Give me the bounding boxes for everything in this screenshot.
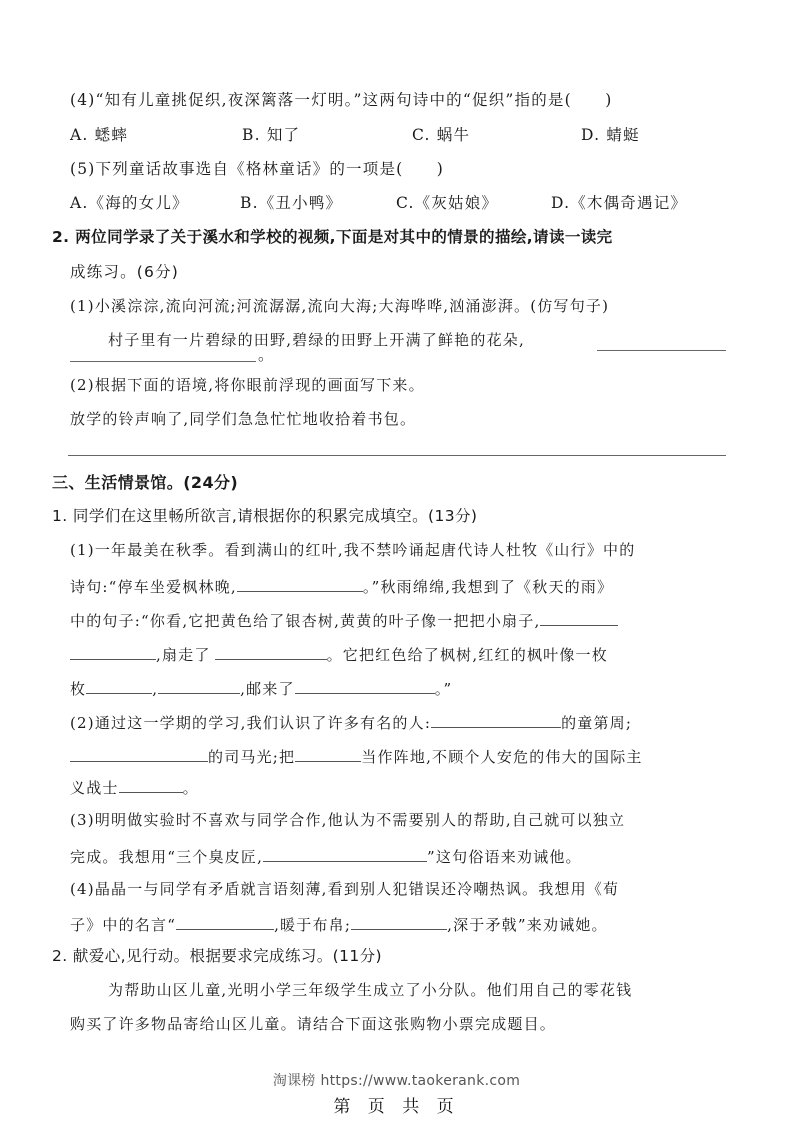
s3-q1-p1-line4: ,扇走了。它把红色给了枫树,红红的枫叶像一枚 xyxy=(70,643,608,665)
q2-sub2-stem: (2)根据下面的语境,将你眼前浮现的画面写下来。 xyxy=(70,375,425,395)
q2-sub2-answer-line[interactable] xyxy=(68,455,726,456)
section-3-heading: 三、生活情景馆。(24分) xyxy=(52,473,238,493)
blank-suyu[interactable] xyxy=(263,845,427,862)
s3-q1-p2-line3-text-a: 义战士 xyxy=(70,779,119,797)
s3-q1-p2-line2: 的司马光;把当作阵地,不顾个人安危的伟大的国际主 xyxy=(70,745,643,767)
s3-q1-title: 1. 同学们在这里畅所欲言,请根据你的积累完成填空。(13分) xyxy=(52,506,477,526)
s3-q1-p2-line1-text-b: 的童第周; xyxy=(561,714,632,732)
s3-q2-para-line1: 为帮助山区儿童,光明小学三年级学生成立了小分队。他们用自己的零花钱 xyxy=(108,980,632,1000)
blank-zhendi[interactable] xyxy=(295,745,361,762)
q4-option-c: C. 蜗牛 xyxy=(412,125,470,145)
s3-q1-p1-line4-text-b: 。它把红色给了枫树,红红的枫叶像一枚 xyxy=(327,646,608,664)
s3-q1-p1-line5-text-d: 。” xyxy=(435,680,453,698)
s3-q1-p2-line1-text-a: (2)通过这一学期的学习,我们认识了许多有名的人: xyxy=(70,714,431,732)
s3-q1-p3-line2: 完成。我想用“三个臭皮匠,”这句俗语来劝诫他。 xyxy=(70,845,582,867)
blank-simaguang[interactable] xyxy=(70,745,208,762)
q2-sub1-stem: (1)小溪淙淙,流向河流;河流潺潺,流向大海;大海哗哗,汹涌澎湃。(仿写句子) xyxy=(70,296,609,316)
s3-q1-p2-line2-text-b: 当作阵地,不顾个人安危的伟大的国际主 xyxy=(361,748,642,766)
blank-fengye-2[interactable] xyxy=(158,677,240,694)
s3-q1-p1-line5-text-a: 枚 xyxy=(70,680,86,698)
s3-q1-p4-line2-text-b: ,暖于布帛; xyxy=(274,916,351,934)
question-2-title: 2. 两位同学录了关于溪水和学校的视频,下面是对其中的情景的描绘,请读一读完 xyxy=(52,227,613,247)
s3-q1-p3-line2-text-b: ”这句俗语来劝诫他。 xyxy=(427,848,582,866)
q5-option-b: B.《丑小鸭》 xyxy=(240,193,342,213)
q4-option-d: D. 蜻蜓 xyxy=(581,125,640,145)
s3-q1-p3-line1: (3)明明做实验时不喜欢与同学合作,他认为不需要别人的帮助,自己就可以独立 xyxy=(70,810,625,830)
s3-q1-p2-line3: 义战士。 xyxy=(70,776,199,798)
s3-q1-p3-line2-text-a: 完成。我想用“三个臭皮匠, xyxy=(70,848,263,866)
q5-option-d: D.《木偶奇遇记》 xyxy=(551,193,687,213)
q2-sub1-answer-blank-2[interactable] xyxy=(70,361,256,362)
blank-shanxing[interactable] xyxy=(237,575,363,592)
q2-sub1-answer-blank-1[interactable] xyxy=(597,350,726,351)
s3-q1-p2-line2-text-a: 的司马光;把 xyxy=(208,748,295,766)
s3-q1-p4-line1: (4)晶晶一与同学有矛盾就言语刻薄,看到别人犯错误还冷嘲热讽。我想用《荀 xyxy=(70,879,619,899)
s3-q1-p1-line3-text: 中的句子:“你看,它把黄色给了银杏树,黄黄的叶子像一把把小扇子, xyxy=(70,612,540,630)
s3-q1-p1-line3: 中的句子:“你看,它把黄色给了银杏树,黄黄的叶子像一把把小扇子, xyxy=(70,609,618,631)
s3-q1-p2-line1: (2)通过这一学期的学习,我们认识了许多有名的人:的童第周; xyxy=(70,711,632,733)
footer-page-number: 第 页 共 页 xyxy=(0,1092,793,1117)
question-5-stem: (5)下列童话故事选自《格林童话》的一项是( ) xyxy=(70,159,444,179)
s3-q1-p1-line4-text-a: ,扇走了 xyxy=(156,646,211,664)
s3-q1-p1-line2-text-a: 诗句:“停车坐爱枫林晚, xyxy=(70,578,237,596)
s3-q1-p4-line2: 子》中的名言“,暖于布帛;,深于矛戟”来劝诫她。 xyxy=(70,913,608,935)
blank-yinxing-2[interactable] xyxy=(70,643,156,660)
s3-q1-p4-line2-text-c: ,深于矛戟”来劝诫她。 xyxy=(447,916,608,934)
q2-sub2-context: 放学的铃声响了,同学们急急忙忙地收拾着书包。 xyxy=(70,409,416,429)
footer-watermark: 淘课榜 https://www.taokerank.com xyxy=(0,1070,793,1090)
s3-q2-para-line2: 购买了许多物品寄给山区儿童。请结合下面这张购物小票完成题目。 xyxy=(70,1014,556,1034)
s3-q1-p1-line5-text-c: ,邮来了 xyxy=(240,680,295,698)
blank-tongdizhou[interactable] xyxy=(431,711,561,728)
question-2-title-cont: 成练习。(6分) xyxy=(70,262,179,282)
blank-xunzi-2[interactable] xyxy=(351,913,447,930)
blank-youlaile[interactable] xyxy=(295,677,435,694)
s3-q1-p1-line2-text-b: 。”秋雨绵绵,我想到了《秋天的雨》 xyxy=(363,578,613,596)
blank-zhanshi[interactable] xyxy=(119,776,183,793)
s3-q1-p1-line5: 枚,,邮来了。” xyxy=(70,677,452,699)
question-4-stem: (4)“知有儿童挑促织,夜深篱落一灯明。”这两句诗中的“促织”指的是( ) xyxy=(70,90,613,110)
s3-q1-p1-line1: (1)一年最美在秋季。看到满山的红叶,我不禁吟诵起唐代诗人杜牧《山行》中的 xyxy=(70,540,635,560)
q5-option-a: A.《海的女儿》 xyxy=(70,193,189,213)
q4-option-a: A. 蟋蟀 xyxy=(70,125,128,145)
s3-q1-p2-line3-text-b: 。 xyxy=(183,779,199,797)
s3-q1-p4-line2-text-a: 子》中的名言“ xyxy=(70,916,176,934)
q4-option-b: B. 知了 xyxy=(242,125,300,145)
blank-shanzoule[interactable] xyxy=(215,643,327,660)
q2-sub1-prompt: 村子里有一片碧绿的田野,碧绿的田野上开满了鲜艳的花朵, xyxy=(108,330,525,350)
q5-option-c: C.《灰姑娘》 xyxy=(396,193,498,213)
s3-q1-p1-line2: 诗句:“停车坐爱枫林晚,。”秋雨绵绵,我想到了《秋天的雨》 xyxy=(70,575,613,597)
s3-q2-title: 2. 献爱心,见行动。根据要求完成练习。(11分) xyxy=(52,946,382,966)
blank-yinxing-1[interactable] xyxy=(540,609,618,626)
blank-fengye-1[interactable] xyxy=(86,677,152,694)
q2-sub1-end: 。 xyxy=(258,345,275,365)
question-2-title-text: 2. 两位同学录了关于溪水和学校的视频,下面是对其中的情景的描绘,请读一读完 xyxy=(52,228,613,246)
blank-xunzi-1[interactable] xyxy=(176,913,274,930)
